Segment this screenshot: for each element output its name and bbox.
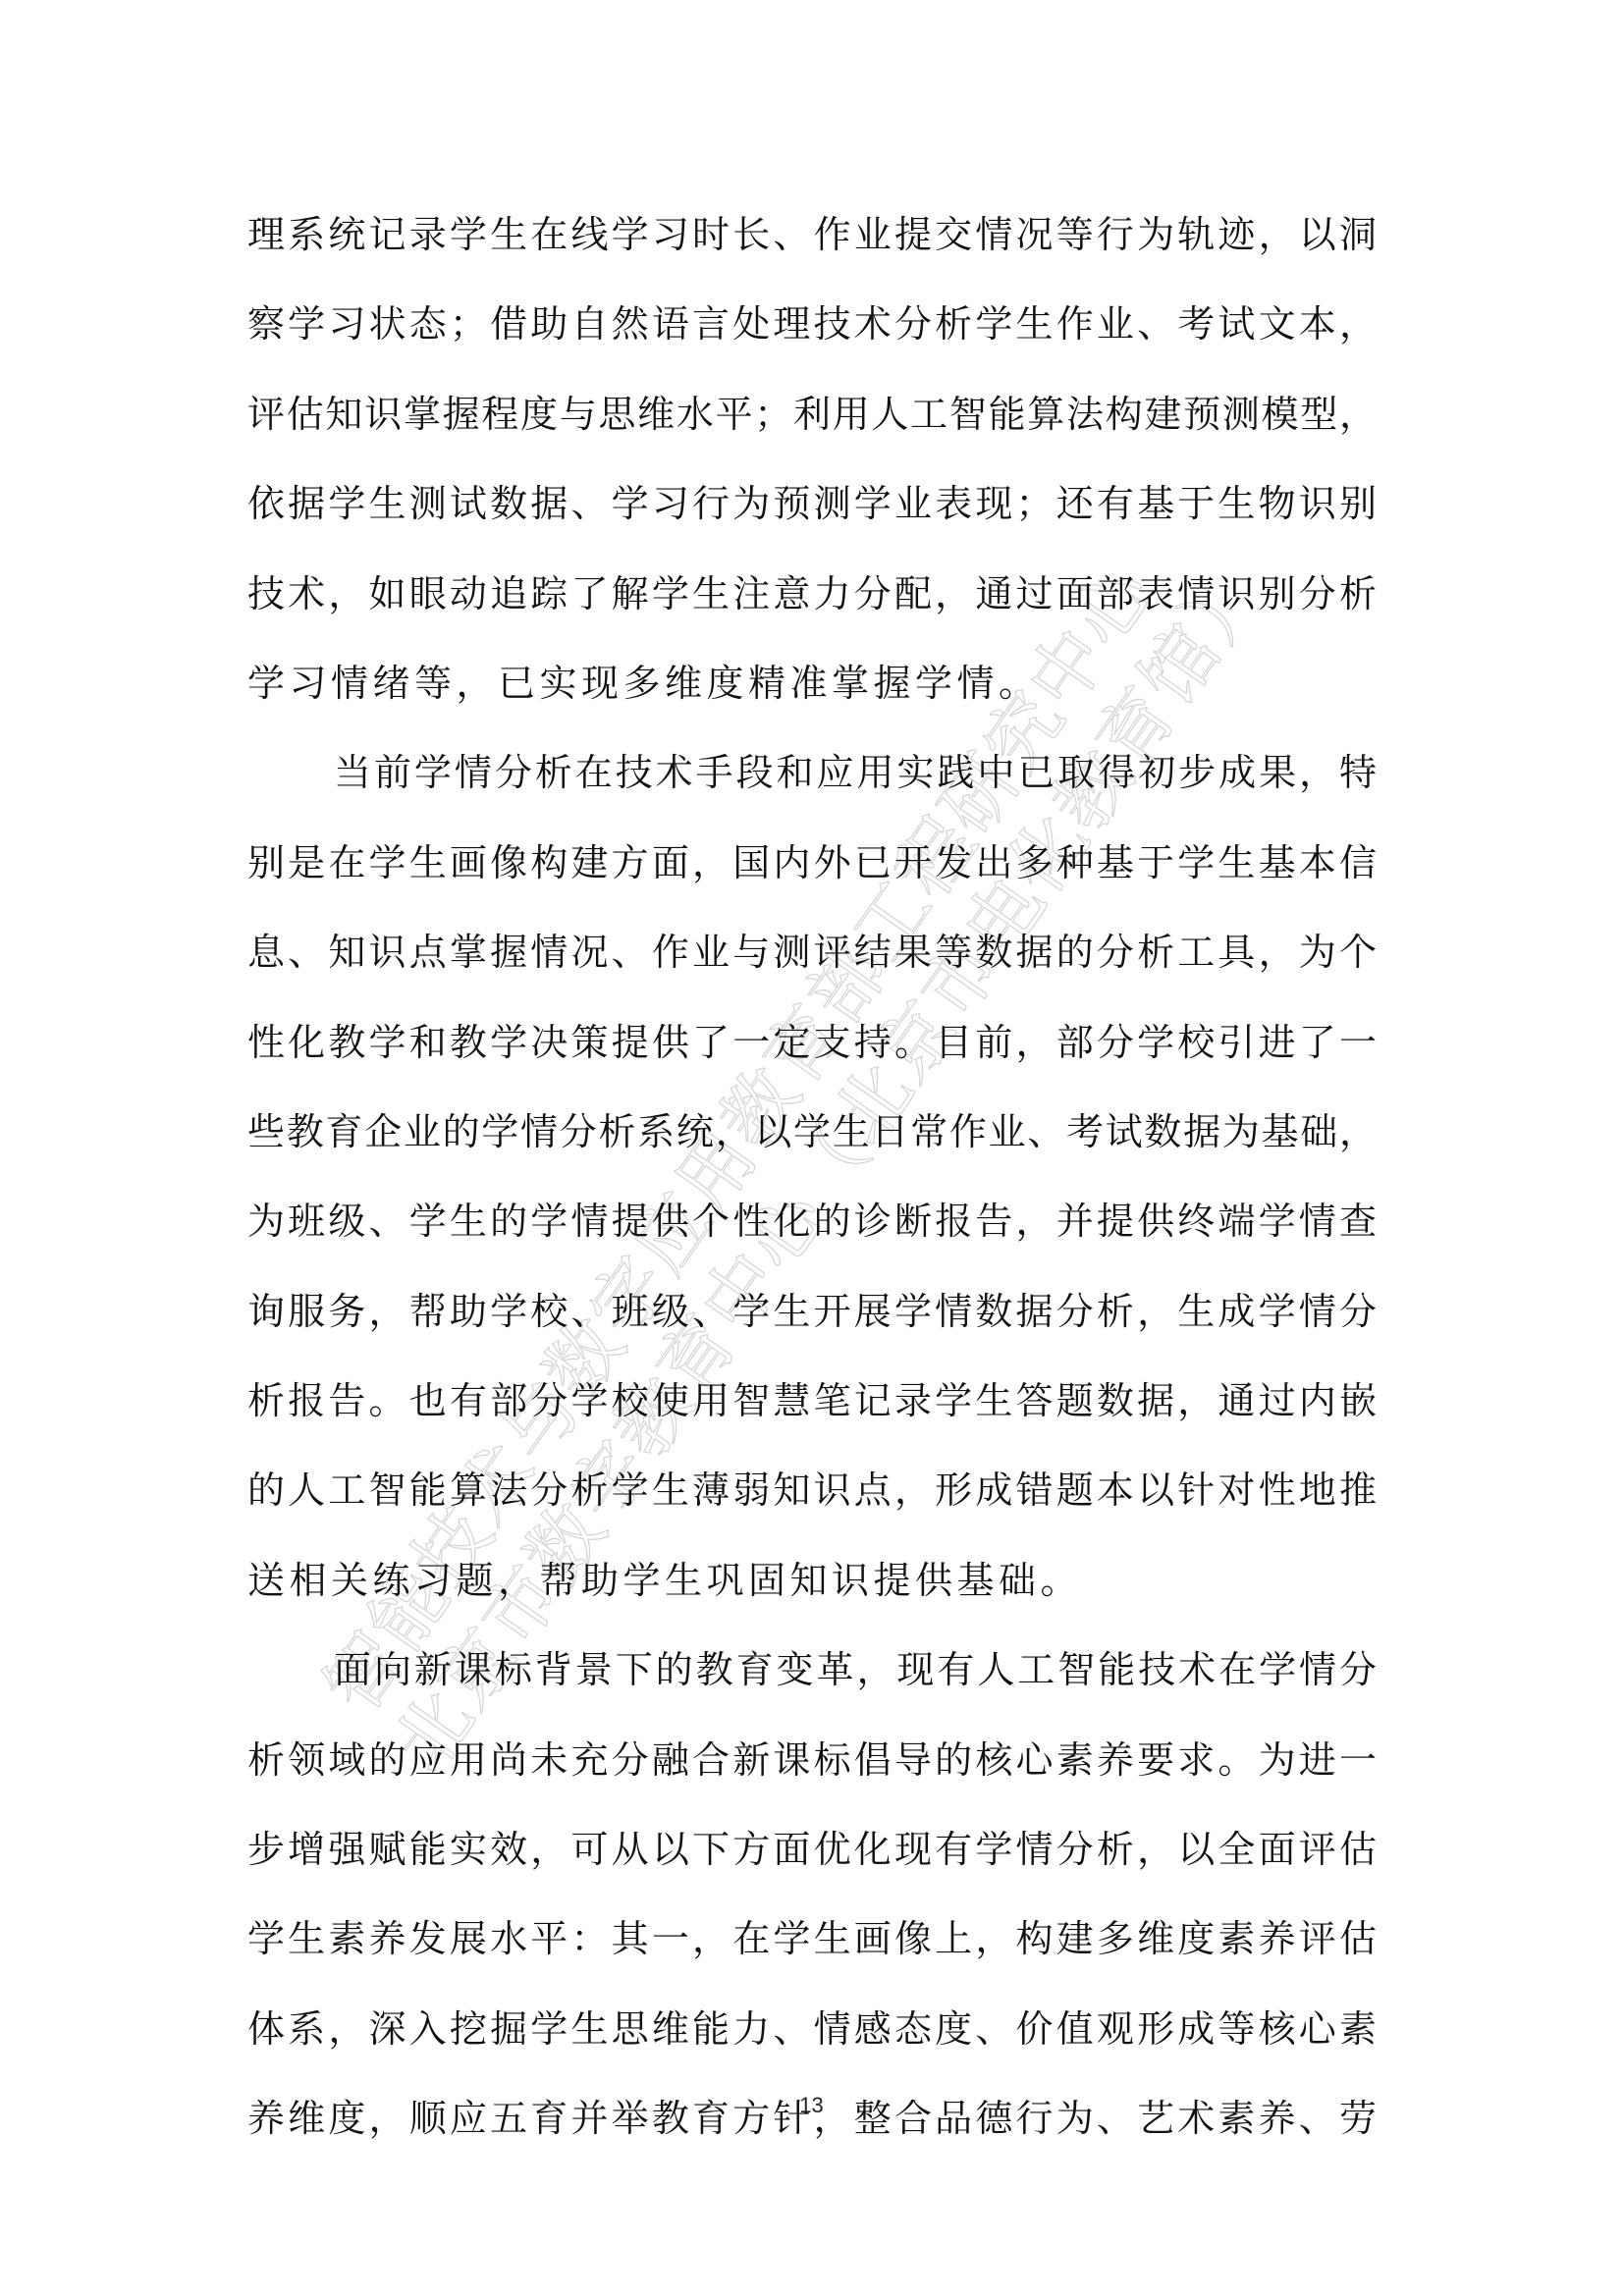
text-line: 体系，深入挖掘学生思维能力、情感态度、价值观形成等核心素 — [247, 1985, 1377, 2074]
text-line: 些教育企业的学情分析系统，以学生日常作业、考试数据为基础， — [247, 1088, 1377, 1177]
text-line: 面向新课标背景下的教育变革，现有人工智能技术在学情分 — [247, 1626, 1377, 1715]
document-page: 智能技术与数字应用教育部工程研究中心 北京市数字教育中心（北京市电化教育馆） 理… — [0, 0, 1623, 2296]
text-line: 学生素养发展水平：其一，在学生画像上，构建多维度素养评估 — [247, 1895, 1377, 1984]
text-line: 送相关练习题，帮助学生巩固知识提供基础。 — [247, 1536, 1377, 1626]
text-line: 养维度，顺应五育并举教育方针，整合品德行为、艺术素养、劳 — [247, 2074, 1377, 2163]
text-line: 息、知识点掌握情况、作业与测评结果等数据的分析工具，为个 — [247, 908, 1377, 997]
text-line: 析报告。也有部分学校使用智慧笔记录学生答题数据，通过内嵌 — [247, 1357, 1377, 1446]
text-line: 当前学情分析在技术手段和应用实践中已取得初步成果，特 — [247, 728, 1377, 818]
text-line: 析领域的应用尚未充分融合新课标倡导的核心素养要求。为进一 — [247, 1716, 1377, 1805]
body-text: 理系统记录学生在线学习时长、作业提交情况等行为轨迹，以洞 察学习状态；借助自然语… — [247, 190, 1377, 2164]
text-line: 为班级、学生的学情提供个性化的诊断报告，并提供终端学情查 — [247, 1177, 1377, 1266]
page-number: 13 — [0, 2093, 1623, 2118]
text-line: 理系统记录学生在线学习时长、作业提交情况等行为轨迹，以洞 — [247, 190, 1377, 280]
text-line: 评估知识掌握程度与思维水平；利用人工智能算法构建预测模型， — [247, 370, 1377, 459]
text-line: 询服务，帮助学校、班级、学生开展学情数据分析，生成学情分 — [247, 1267, 1377, 1357]
paragraph-3: 面向新课标背景下的教育变革，现有人工智能技术在学情分 析领域的应用尚未充分融合新… — [247, 1626, 1377, 2163]
text-line: 学习情绪等，已实现多维度精准掌握学情。 — [247, 639, 1377, 728]
text-line: 步增强赋能实效，可从以下方面优化现有学情分析，以全面评估 — [247, 1805, 1377, 1895]
paragraph-2: 当前学情分析在技术手段和应用实践中已取得初步成果，特 别是在学生画像构建方面，国… — [247, 728, 1377, 1626]
text-line: 别是在学生画像构建方面，国内外已开发出多种基于学生基本信 — [247, 819, 1377, 908]
text-line: 察学习状态；借助自然语言处理技术分析学生作业、考试文本， — [247, 280, 1377, 369]
text-line: 的人工智能算法分析学生薄弱知识点，形成错题本以针对性地推 — [247, 1446, 1377, 1535]
text-line: 技术，如眼动追踪了解学生注意力分配，通过面部表情识别分析 — [247, 550, 1377, 639]
text-line: 性化教学和教学决策提供了一定支持。目前，部分学校引进了一 — [247, 998, 1377, 1088]
text-line: 依据学生测试数据、学习行为预测学业表现；还有基于生物识别 — [247, 459, 1377, 549]
paragraph-1: 理系统记录学生在线学习时长、作业提交情况等行为轨迹，以洞 察学习状态；借助自然语… — [247, 190, 1377, 728]
